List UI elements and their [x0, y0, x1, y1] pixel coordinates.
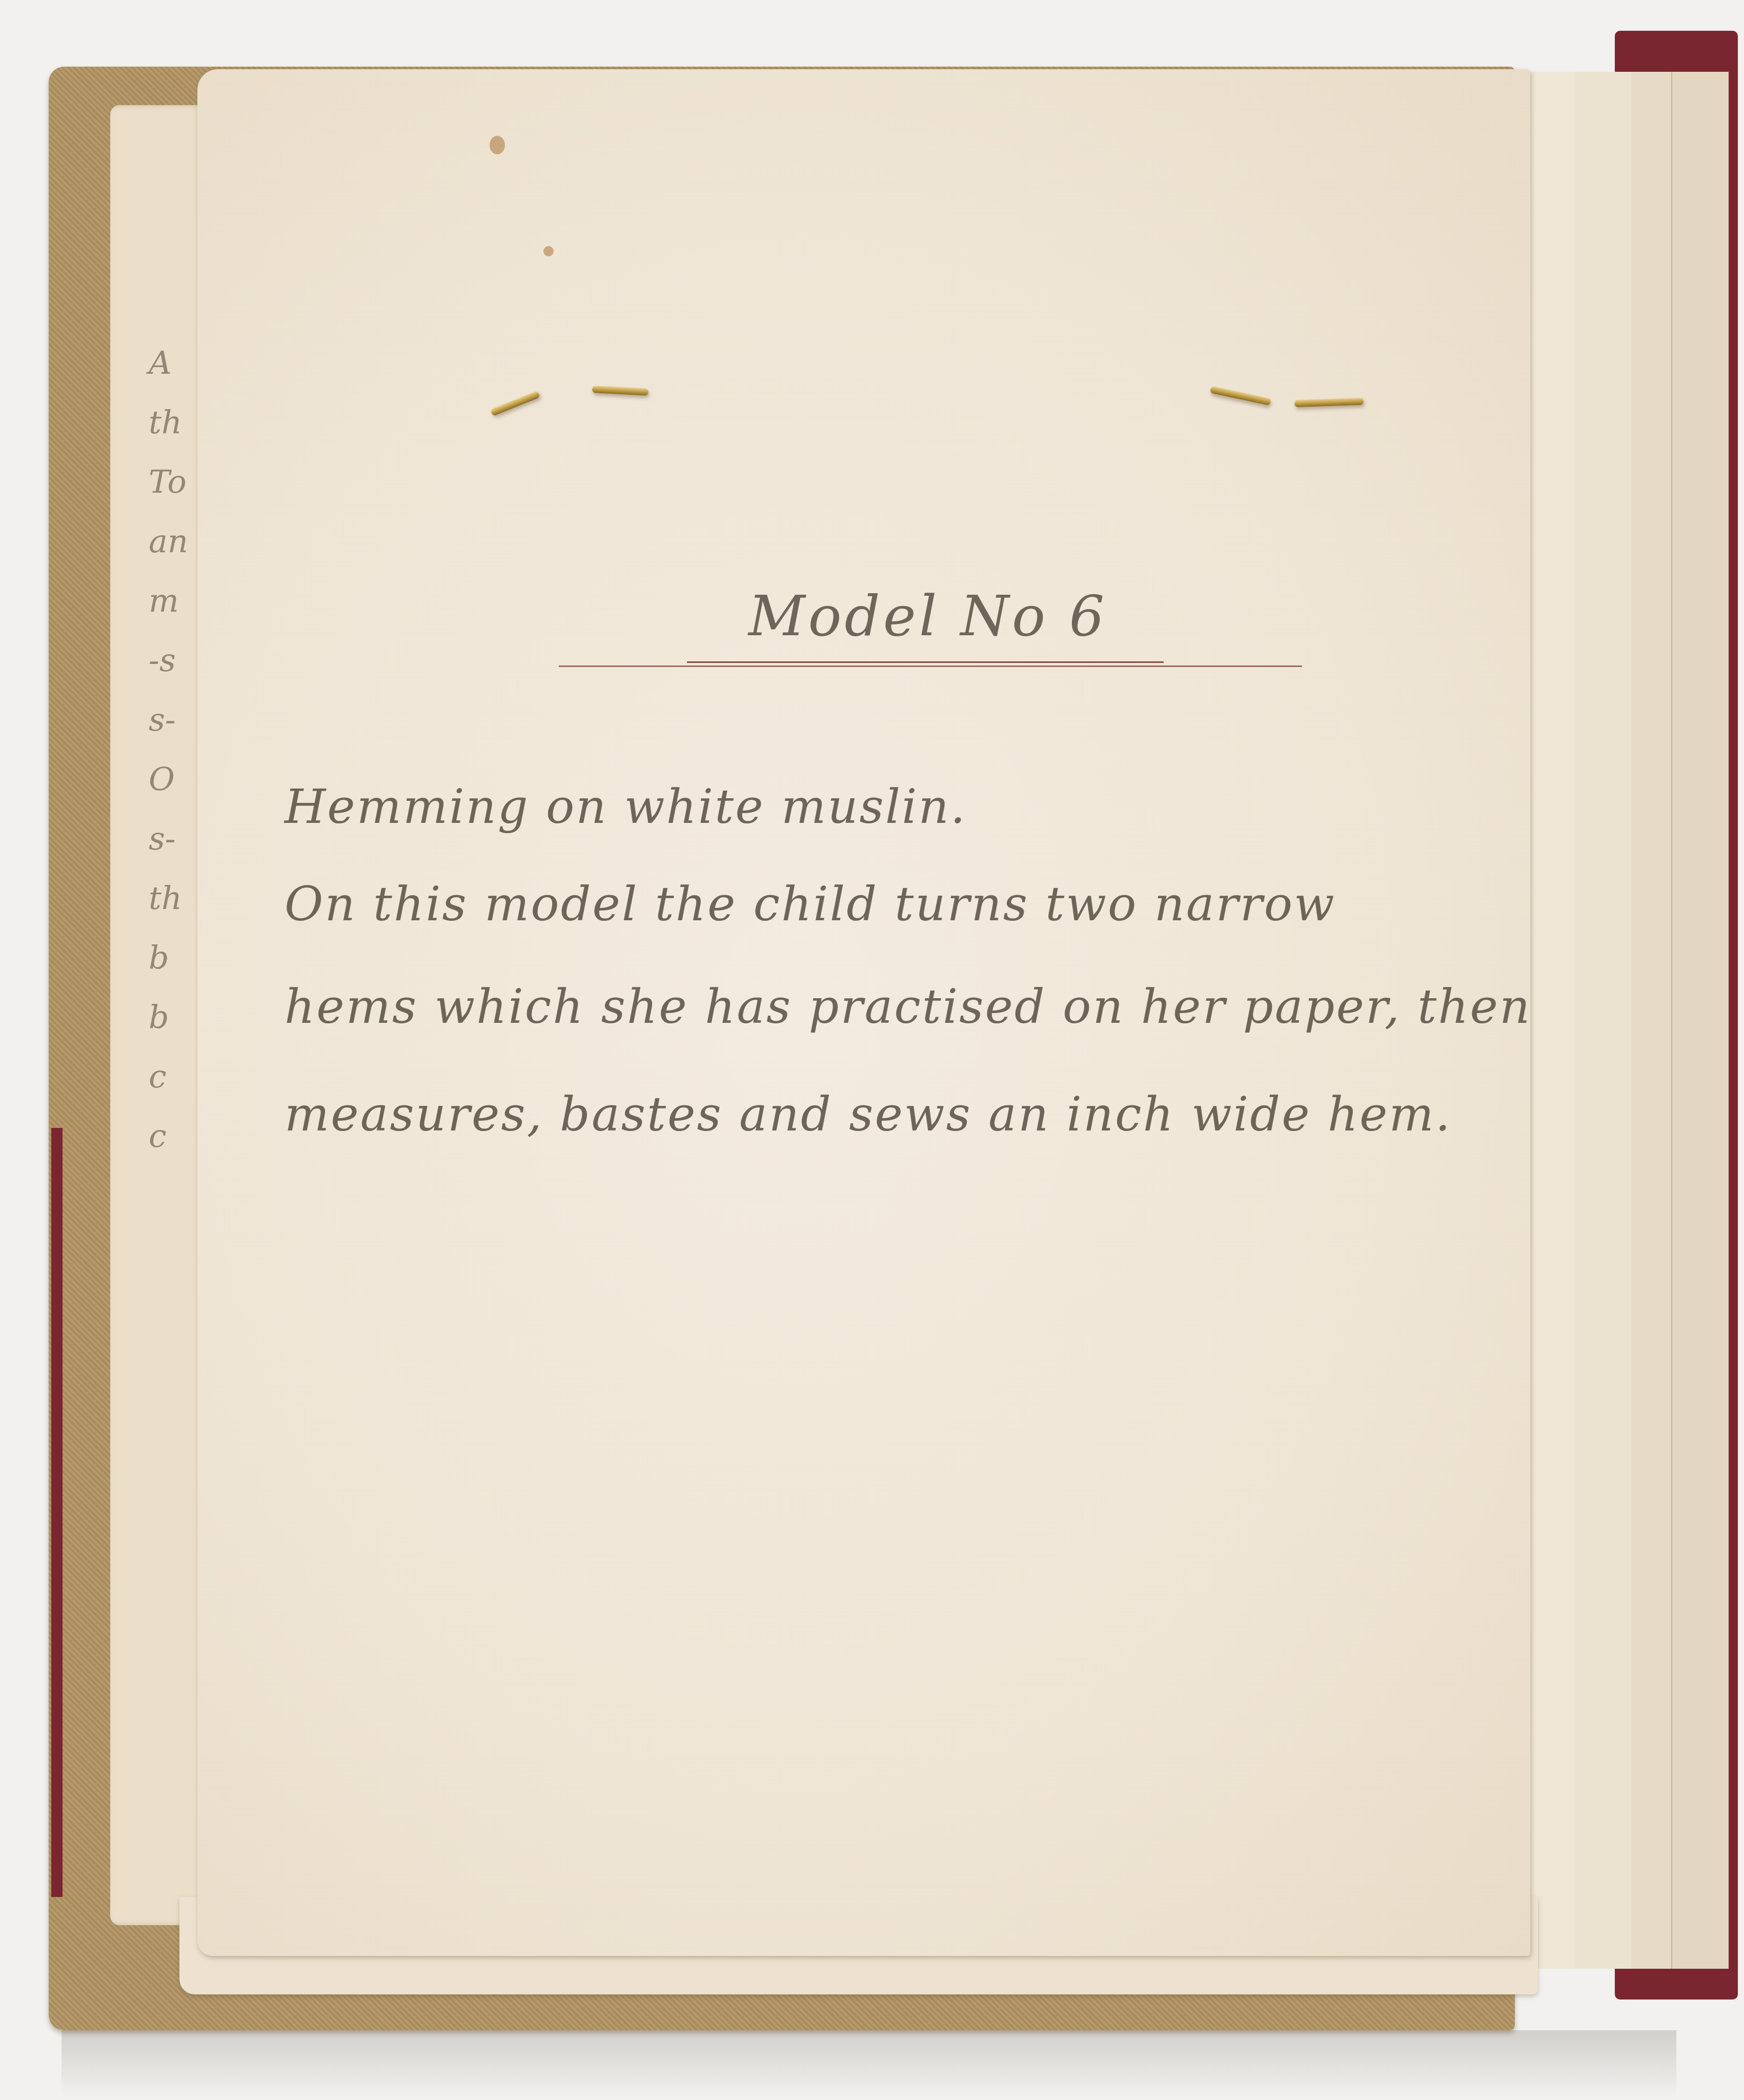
page-stack-1	[1625, 72, 1672, 1969]
title-underline-short	[687, 661, 1164, 663]
page-stack-4	[1671, 72, 1729, 1969]
cover-red-edge	[51, 1128, 63, 1897]
text-line-4: measures, bastes and sews an inch wide h…	[285, 1087, 1452, 1142]
text-line-1: Hemming on white muslin.	[285, 779, 967, 834]
text-line-2: On this model the child turns two narrow	[285, 877, 1336, 932]
text-line-3: hems which she has practised on her pape…	[285, 979, 1531, 1034]
table-shadow	[62, 2030, 1676, 2097]
foxing-stain	[490, 136, 505, 154]
foxing-stain	[543, 246, 554, 256]
title-underline-long	[559, 665, 1302, 667]
page-title: Model No 6	[748, 584, 1107, 649]
